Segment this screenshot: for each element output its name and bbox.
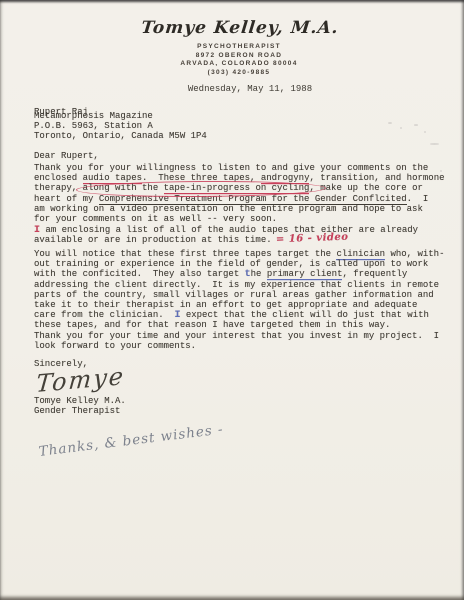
- letter-line: for your comments on it as well -- very …: [34, 214, 446, 224]
- letterhead-phone: (303) 420-9885: [14, 69, 464, 78]
- scan-smudge: [430, 143, 439, 145]
- letter-line: Thank you for your time and your interes…: [34, 331, 446, 341]
- letter-line: I am enclosing a list of all of the audi…: [34, 225, 446, 235]
- letter-line: addressing the client directly. It is my…: [34, 280, 446, 290]
- letter-line: look forward to your comments.: [34, 341, 446, 351]
- letter-line: am working on a video presentation on th…: [34, 204, 446, 214]
- signature-block: Tomye Kelley M.A. Gender Therapist: [34, 396, 446, 416]
- letter-line: available or are in production at this t…: [34, 235, 446, 245]
- letter-line: with the conficited. They also target th…: [34, 269, 446, 279]
- salutation: Dear Rupert,: [34, 151, 446, 161]
- letter-line: You will notice that these first three t…: [34, 249, 446, 259]
- letterhead-address-line2: ARVADA, COLORADO 80004: [14, 60, 464, 69]
- letter-line: out training or experience in the field …: [34, 259, 446, 269]
- typed-name: Tomye Kelley M.A.: [34, 396, 446, 406]
- recipient-city: Toronto, Ontario, Canada M5W 1P4: [34, 131, 446, 141]
- letter-line: care from the clinician. I expect that t…: [34, 310, 446, 320]
- letter-line: Thank you for your willingness to listen…: [34, 163, 446, 173]
- handwritten-postscript: Thanks, & best wishes -: [38, 416, 268, 460]
- letter-line: parts of the country, small villages or …: [34, 290, 446, 300]
- letter-page: Tomye Kelley, M.A. PSYCHOTHERAPIST 8972 …: [0, 0, 464, 600]
- scan-smudge: [388, 122, 392, 124]
- letter-line: these tapes, and for that reason I have …: [34, 320, 446, 330]
- letter-line: take it to their therapist in an effort …: [34, 300, 446, 310]
- scan-smudge: [414, 124, 418, 126]
- letter-date: Wednesday, May 11, 1988: [0, 84, 464, 94]
- paragraph-4: Thank you for your time and your interes…: [34, 331, 446, 351]
- letterhead-block: PSYCHOTHERAPIST 8972 OBERON ROAD ARVADA,…: [0, 43, 464, 77]
- letterhead-name: Tomye Kelley, M.A.: [0, 18, 464, 38]
- paragraph-2: I am enclosing a list of all of the audi…: [34, 225, 446, 245]
- recipient-org: Metamorphosis Magazine: [34, 111, 446, 121]
- letterhead-title: PSYCHOTHERAPIST: [14, 43, 464, 52]
- scan-smudge: [440, 170, 442, 172]
- letterhead-address-line1: 8972 OBERON ROAD: [14, 52, 464, 61]
- typed-title: Gender Therapist: [34, 406, 446, 416]
- scan-smudge: [400, 127, 402, 129]
- scan-smudge: [424, 131, 426, 133]
- recipient-address: Rupert Raj Metamorphosis Magazine P.O.B.…: [34, 107, 446, 141]
- paragraph-3: You will notice that these first three t…: [34, 249, 446, 331]
- recipient-pobox: P.O.B. 5963, Station A: [34, 121, 446, 131]
